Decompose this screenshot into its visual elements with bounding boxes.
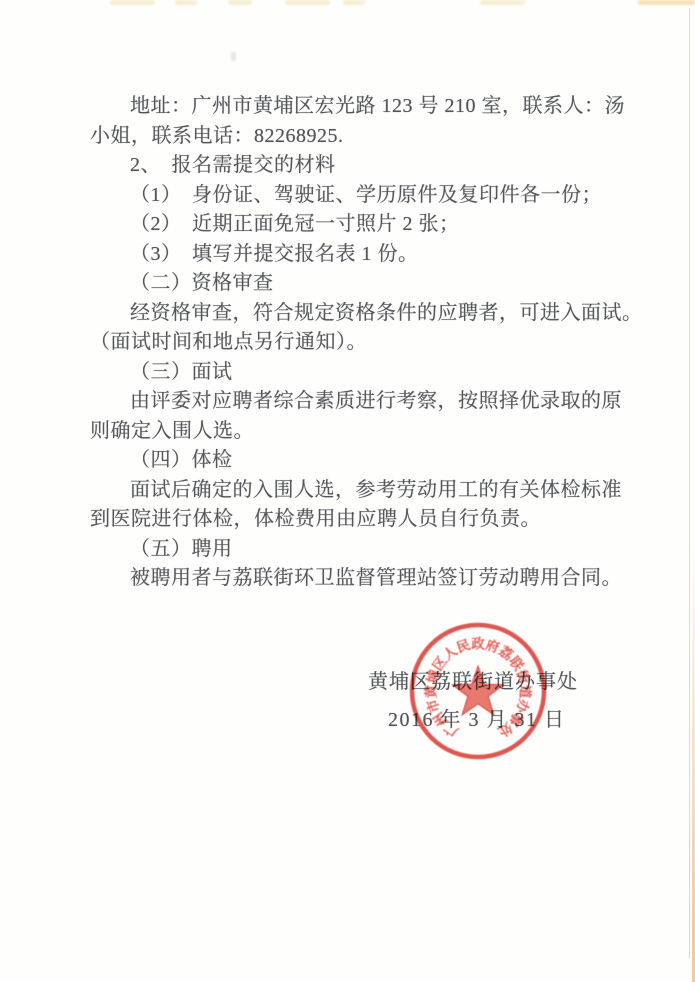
scanned-document-page: 地址：广州市黄埔区宏光路 123 号 210 室，联系人：汤小姐，联系电话：82… (0, 0, 695, 982)
text-line: 面试后确定的入围人选，参考劳动用工的有关体检标准 (90, 476, 636, 506)
document-body: 地址：广州市黄埔区宏光路 123 号 210 室，联系人：汤小姐，联系电话：82… (90, 92, 636, 594)
scan-smudge (175, 0, 197, 5)
text-line: 由评委对应聘者综合素质进行考察，按照择优录取的原 (90, 387, 636, 417)
text-line: （2） 近期正面免冠一寸照片 2 张； (90, 210, 636, 240)
scan-smudge (110, 0, 155, 5)
text-line: 2、 报名需提交的材料 (90, 151, 636, 181)
seal-ring-char: 道 (517, 685, 533, 699)
seal-ring-char: 黄 (422, 684, 438, 698)
scan-smudge (480, 0, 525, 5)
text-line: （三）面试 (90, 358, 636, 388)
text-line: 到医院进行体检，体检费用由应聘人员自行负责。 (90, 505, 636, 535)
seal-ring-char: 政 (471, 636, 485, 652)
scan-speck (231, 52, 236, 61)
scan-smudge (285, 0, 330, 5)
scan-smudge (228, 0, 252, 5)
text-line: （五）聘用 (90, 535, 636, 565)
text-line: （二）资格审查 (90, 269, 636, 299)
text-line: 经资格审查，符合规定资格条件的应聘者，可进入面试。 (90, 299, 636, 329)
scan-smudge (638, 0, 695, 5)
scan-edge-line (689, 8, 690, 958)
star-icon (452, 666, 503, 715)
official-seal: 广州市黄埔区人民政府荔联街道办事处 (398, 611, 558, 771)
text-line: 被聘用者与荔联街环卫监督管理站签订劳动聘用合同。 (90, 564, 636, 594)
scan-smudge (343, 0, 365, 5)
text-line: （1） 身份证、驾驶证、学历原件及复印件各一份； (90, 181, 636, 211)
text-line: （面试时间和地点另行通知）。 (90, 328, 636, 358)
text-line: 小姐，联系电话：82268925. (90, 122, 636, 152)
text-line: 地址：广州市黄埔区宏光路 123 号 210 室，联系人：汤 (90, 92, 636, 122)
text-line: （3） 填写并提交报名表 1 份。 (90, 240, 636, 270)
text-line: 则确定入围人选。 (90, 417, 636, 447)
text-line: （四）体检 (90, 446, 636, 476)
